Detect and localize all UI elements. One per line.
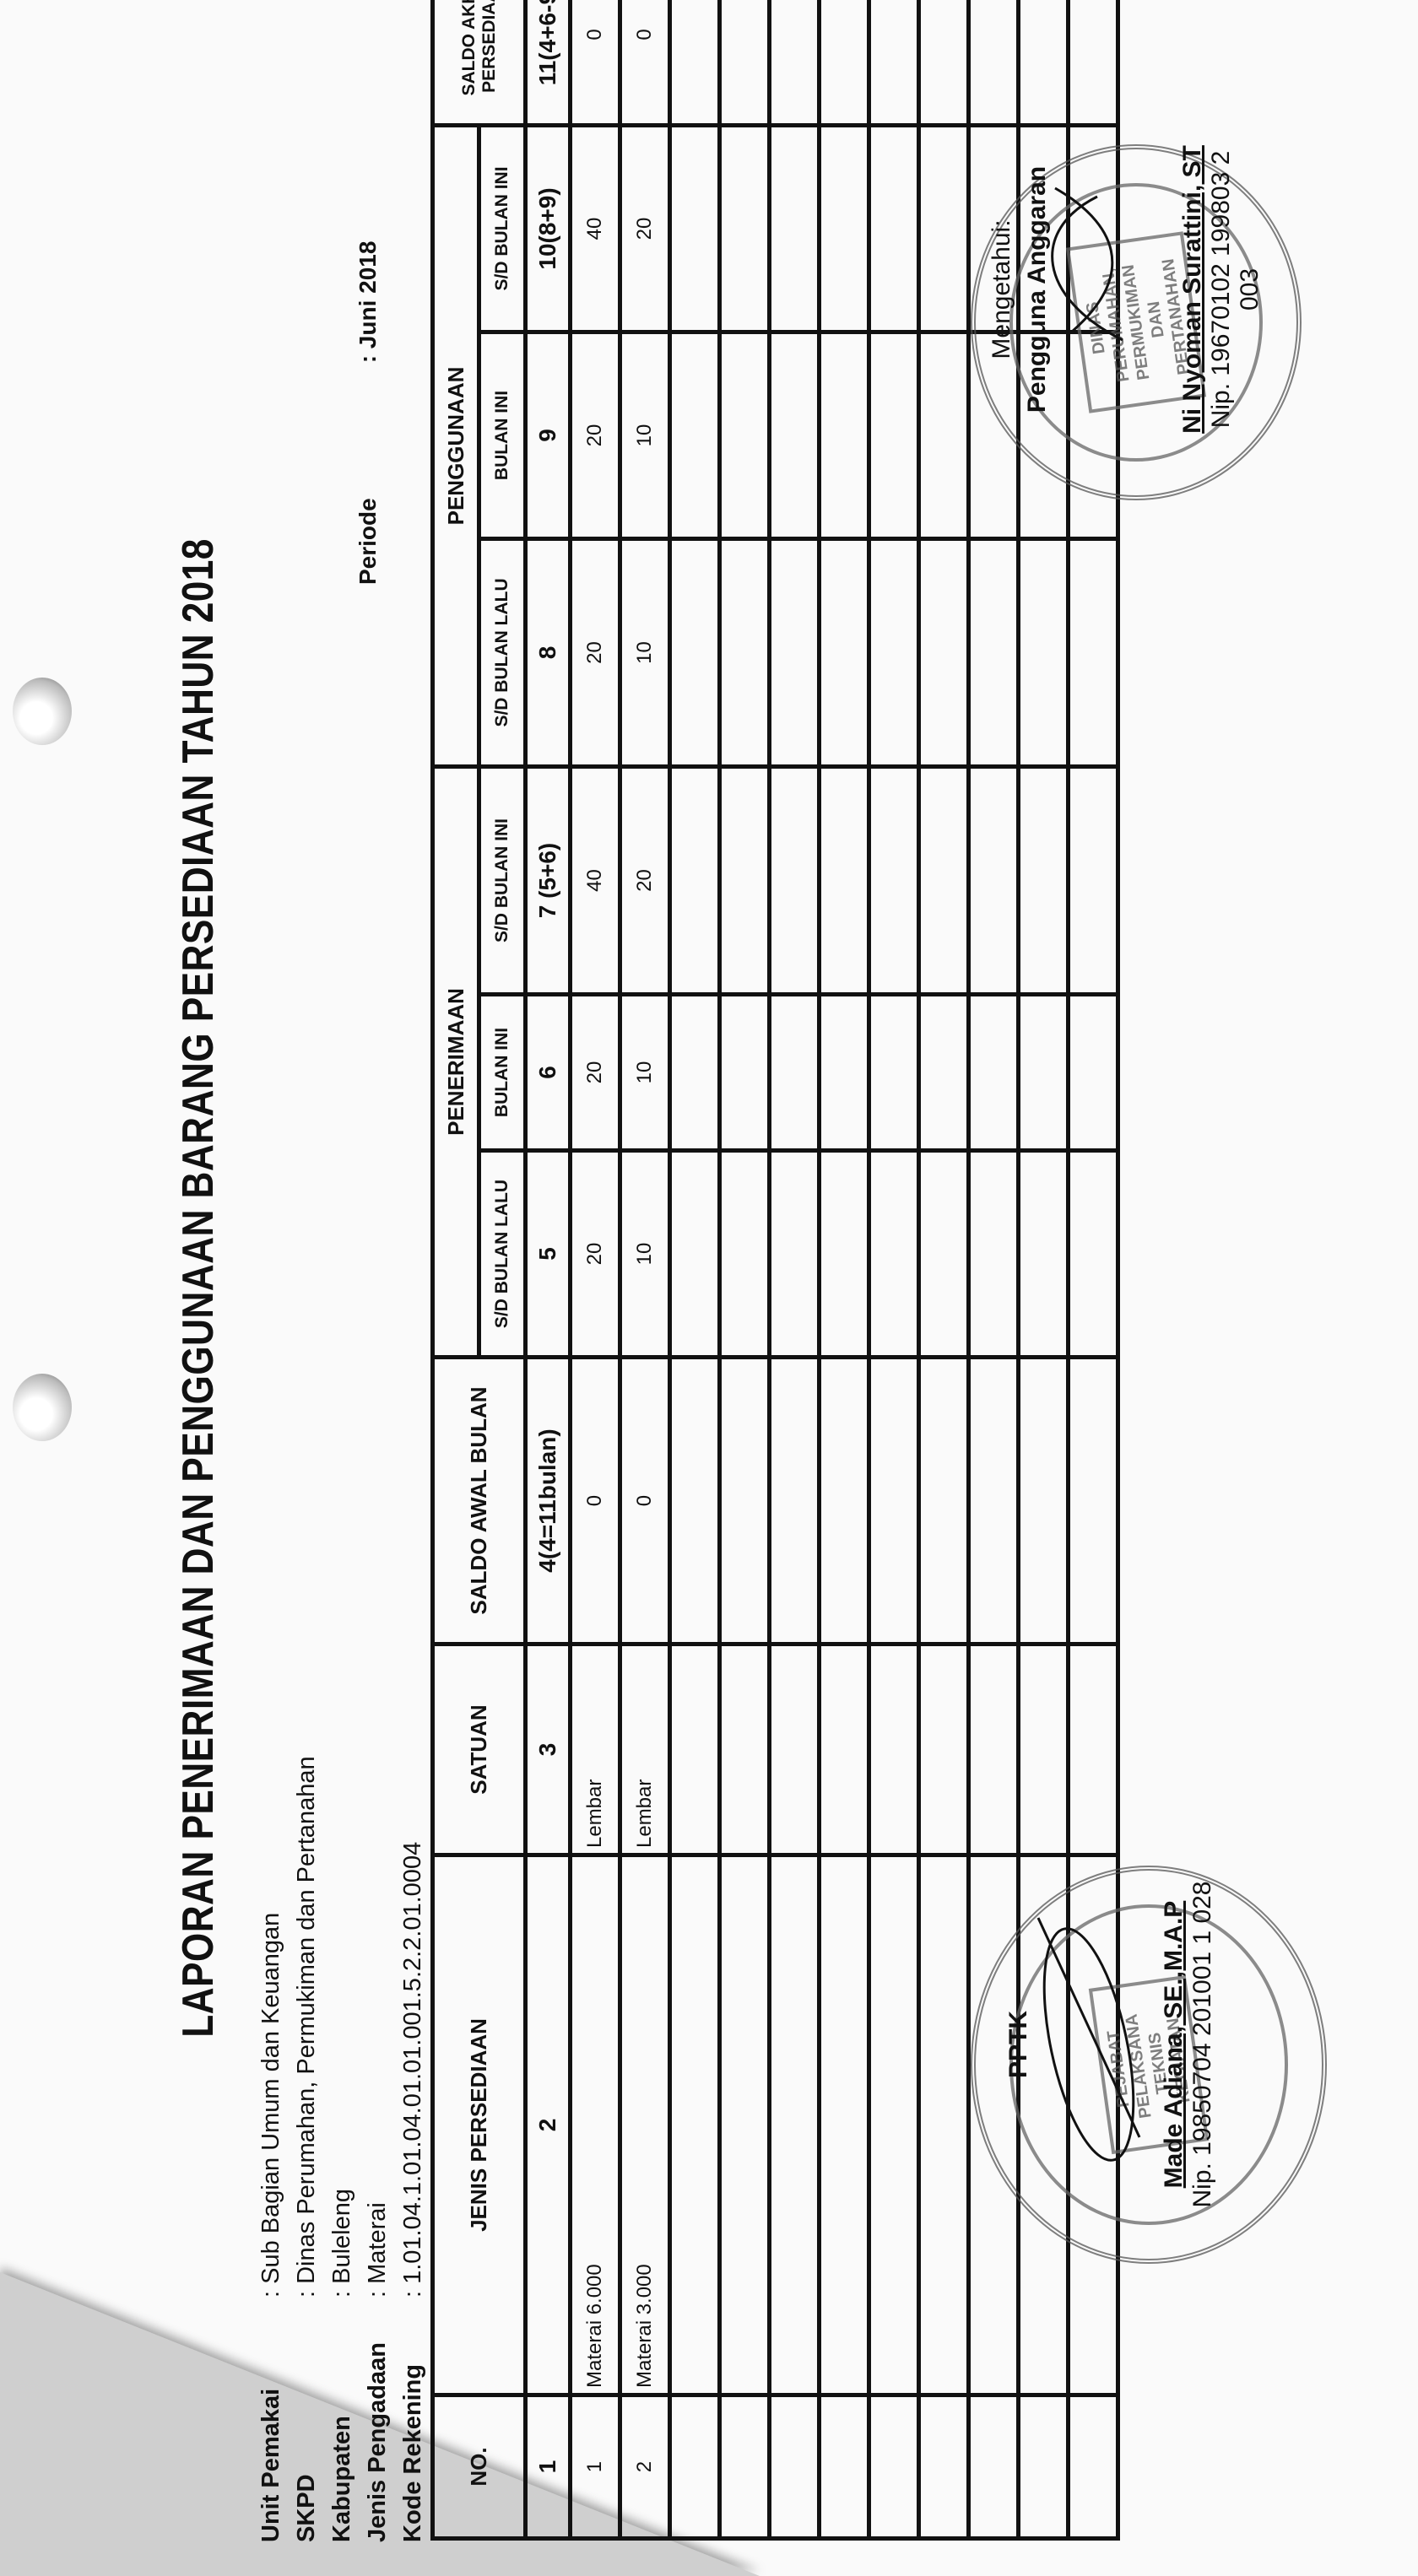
empty-cell (1069, 1151, 1118, 1358)
column-number-row: 1234(4=11bulan)567 (5+6)8910(8+9)11(4+6-… (526, 0, 571, 2539)
empty-cell (770, 1358, 820, 1644)
table-cell: 20 (620, 125, 670, 332)
meta-value: : Materai (360, 2202, 395, 2298)
empty-cell (720, 995, 770, 1151)
empty-cell (720, 1644, 770, 1855)
table-cell: 20 (571, 538, 620, 766)
empty-cell (1019, 2395, 1069, 2539)
empty-cell (1069, 995, 1118, 1151)
signature-left-line1: Mengetahui: (988, 129, 1016, 450)
meta-row: Unit Pemakai: Sub Bagian Umum dan Keuang… (253, 1756, 289, 2542)
signature-block-left: Mengetahui: Pengguna Anggaran Ni Nyoman … (988, 129, 1264, 450)
header-no: NO. (433, 2395, 526, 2539)
signature-scribble (1021, 1901, 1165, 2171)
table-cell: 20 (571, 995, 620, 1151)
table-cell: Lembar (571, 1644, 620, 1855)
empty-cell (820, 995, 869, 1151)
empty-cell (770, 1644, 820, 1855)
table-cell: 10 (620, 1151, 670, 1358)
empty-cell (770, 2395, 820, 2539)
table-cell: 0 (620, 1358, 670, 1644)
empty-cell (770, 125, 820, 332)
empty-cell (770, 538, 820, 766)
meta-label: Kabupaten (324, 2298, 360, 2542)
empty-cell (820, 332, 869, 538)
empty-cell (919, 0, 969, 125)
empty-cell (820, 538, 869, 766)
empty-cell (670, 766, 720, 994)
empty-cell (919, 2395, 969, 2539)
empty-cell (720, 1358, 770, 1644)
empty-cell (770, 332, 820, 538)
empty-cell (1069, 1358, 1118, 1644)
header-penggunaan-sd-lalu: S/D BULAN LALU (479, 538, 526, 766)
empty-cell (919, 538, 969, 766)
empty-cell (770, 995, 820, 1151)
empty-cell (770, 1855, 820, 2395)
empty-cell (820, 1151, 869, 1358)
meta-value: : Sub Bagian Umum dan Keuangan (253, 1913, 289, 2298)
header-penggunaan-bulan-ini: BULAN INI (479, 332, 526, 538)
empty-cell (670, 2395, 720, 2539)
empty-cell (1019, 995, 1069, 1151)
empty-cell (770, 766, 820, 994)
empty-cell (869, 2395, 919, 2539)
punch-hole (13, 1374, 72, 1441)
meta-label: SKPD (289, 2298, 324, 2542)
column-number-cell: 1 (526, 2395, 571, 2539)
column-number-cell: 11(4+6-9) (526, 0, 571, 125)
empty-cell (869, 766, 919, 994)
header-saldo-akhir-line2: PERSEDIAAN (479, 0, 500, 118)
header-jenis: JENIS PERSEDIAAN (433, 1855, 526, 2395)
table-cell: Materai 6.000 (571, 1855, 620, 2395)
empty-cell (969, 995, 1019, 1151)
empty-cell (1019, 0, 1069, 125)
empty-cell (919, 332, 969, 538)
header-penerimaan-sd-lalu: S/D BULAN LALU (479, 1151, 526, 1358)
empty-cell (869, 1358, 919, 1644)
table-row: 2Materai 3.000Lembar01010201010200 (620, 0, 670, 2539)
empty-cell (919, 1644, 969, 1855)
empty-cell (1019, 1151, 1069, 1358)
signature-scribble (1021, 180, 1148, 348)
punch-hole (13, 678, 72, 745)
period-value: : Juni 2018 (354, 241, 382, 364)
empty-cell (720, 1151, 770, 1358)
header-saldo-awal: SALDO AWAL BULAN (433, 1358, 526, 1644)
table-cell: 0 (571, 1358, 620, 1644)
empty-cell (820, 1644, 869, 1855)
empty-cell (820, 766, 869, 994)
empty-cell (820, 1358, 869, 1644)
header-penggunaan: PENGGUNAAN (433, 125, 479, 766)
empty-cell (670, 332, 720, 538)
empty-cell (1019, 1358, 1069, 1644)
empty-cell (869, 1644, 919, 1855)
column-number-cell: 9 (526, 332, 571, 538)
empty-cell (969, 0, 1019, 125)
table-cell: 2 (620, 2395, 670, 2539)
meta-value: : 1.01.04.1.01.04.01.01.001.5.2.2.01.000… (395, 1842, 430, 2298)
period-label: Periode (354, 498, 382, 585)
empty-cell (670, 1644, 720, 1855)
empty-cell (969, 538, 1019, 766)
signature-left-nip: Nip. 19670102 199803 2 003 (1207, 129, 1264, 450)
empty-cell (919, 1151, 969, 1358)
meta-value: : Buleleng (324, 2189, 360, 2298)
empty-table-row (770, 0, 820, 2539)
empty-cell (919, 125, 969, 332)
table-cell: 40 (571, 766, 620, 994)
empty-cell (869, 995, 919, 1151)
header-penggunaan-sd-ini: S/D BULAN INI (479, 125, 526, 332)
signature-left-name: Ni Nyoman Surattini, ST (1178, 129, 1207, 450)
empty-cell (919, 1358, 969, 1644)
empty-table-row (670, 0, 720, 2539)
empty-cell (919, 766, 969, 994)
table-row: 1Materai 6.000Lembar02020402020400 (571, 0, 620, 2539)
empty-cell (869, 1151, 919, 1358)
column-number-cell: 6 (526, 995, 571, 1151)
empty-cell (720, 0, 770, 125)
header-penerimaan: PENERIMAAN (433, 766, 479, 1357)
meta-label: Unit Pemakai (253, 2298, 289, 2542)
column-number-cell: 2 (526, 1855, 571, 2395)
meta-row: SKPD: Dinas Perumahan, Permukiman dan Pe… (289, 1756, 324, 2542)
meta-row: Kabupaten: Buleleng (324, 1756, 360, 2542)
header-penerimaan-bulan-ini: BULAN INI (479, 995, 526, 1151)
empty-cell (1069, 1644, 1118, 1855)
meta-value: : Dinas Perumahan, Permukiman dan Pertan… (289, 1756, 324, 2298)
empty-cell (720, 1855, 770, 2395)
header-saldo-akhir-line1: SALDO AKHIR (459, 0, 479, 118)
meta-label: Kode Rekening (395, 2298, 430, 2542)
table-cell: 1 (571, 2395, 620, 2539)
empty-cell (820, 2395, 869, 2539)
empty-cell (1069, 0, 1118, 125)
empty-cell (670, 1151, 720, 1358)
empty-cell (869, 0, 919, 125)
column-number-cell: 7 (5+6) (526, 766, 571, 994)
empty-cell (969, 1358, 1019, 1644)
table-cell: 10 (620, 995, 670, 1151)
header-saldo-akhir: SALDO AKHIR PERSEDIAAN (433, 0, 526, 125)
empty-table-row (820, 0, 869, 2539)
column-number-cell: 8 (526, 538, 571, 766)
empty-cell (670, 538, 720, 766)
empty-cell (1019, 538, 1069, 766)
empty-cell (1069, 2395, 1118, 2539)
empty-cell (670, 1358, 720, 1644)
table-cell: 20 (571, 332, 620, 538)
table-cell: Materai 3.000 (620, 1855, 670, 2395)
empty-cell (869, 1855, 919, 2395)
empty-cell (720, 332, 770, 538)
header-penerimaan-sd-ini: S/D BULAN INI (479, 766, 526, 994)
table-cell: 20 (571, 1151, 620, 1358)
scanned-report-page: LAPORAN PENERIMAAN DAN PENGGUNAAN BARANG… (0, 0, 1418, 2576)
column-number-cell: 3 (526, 1644, 571, 1855)
empty-cell (820, 0, 869, 125)
empty-cell (919, 1855, 969, 2395)
meta-row: Jenis Pengadaan: Materai (360, 1756, 395, 2542)
column-number-cell: 4(4=11bulan) (526, 1358, 571, 1644)
empty-table-row (869, 0, 919, 2539)
empty-cell (969, 1151, 1019, 1358)
empty-cell (869, 125, 919, 332)
signature-right-nip: Nip. 19850704 201001 1 028 (1188, 1867, 1217, 2222)
column-number-cell: 10(8+9) (526, 125, 571, 332)
empty-cell (670, 1855, 720, 2395)
table-cell: 0 (571, 0, 620, 125)
empty-table-row (720, 0, 770, 2539)
empty-cell (720, 538, 770, 766)
report-title: LAPORAN PENERIMAAN DAN PENGGUNAAN BARANG… (173, 193, 224, 2383)
meta-label: Jenis Pengadaan (360, 2298, 395, 2542)
empty-cell (869, 538, 919, 766)
column-number-cell: 5 (526, 1151, 571, 1358)
empty-cell (969, 766, 1019, 994)
empty-table-row (919, 0, 969, 2539)
report-period: Periode : Juni 2018 (354, 241, 382, 585)
empty-cell (670, 0, 720, 125)
empty-cell (720, 125, 770, 332)
table-cell: 0 (620, 0, 670, 125)
empty-cell (969, 2395, 1019, 2539)
signature-block-right: PPTK Made Adiana, SE.,M.A.P Nip. 1985070… (1004, 1867, 1217, 2222)
table-cell: 20 (620, 766, 670, 994)
empty-cell (720, 2395, 770, 2539)
header-row-1: NO. JENIS PERSEDIAAN SATUAN SALDO AWAL B… (433, 0, 479, 2539)
empty-cell (720, 766, 770, 994)
meta-row: Kode Rekening: 1.01.04.1.01.04.01.01.001… (395, 1756, 430, 2542)
table-cell: 10 (620, 332, 670, 538)
table-cell: 10 (620, 538, 670, 766)
report-meta: Unit Pemakai: Sub Bagian Umum dan Keuang… (253, 1756, 430, 2542)
header-satuan: SATUAN (433, 1644, 526, 1855)
empty-cell (1069, 766, 1118, 994)
empty-cell (670, 125, 720, 332)
empty-cell (670, 995, 720, 1151)
table-cell: Lembar (620, 1644, 670, 1855)
empty-cell (820, 125, 869, 332)
empty-cell (770, 1151, 820, 1358)
table-cell: 40 (571, 125, 620, 332)
empty-cell (820, 1855, 869, 2395)
empty-cell (770, 0, 820, 125)
empty-cell (1019, 1644, 1069, 1855)
empty-cell (1069, 538, 1118, 766)
empty-cell (869, 332, 919, 538)
empty-cell (1019, 766, 1069, 994)
empty-cell (969, 1644, 1019, 1855)
empty-cell (919, 995, 969, 1151)
